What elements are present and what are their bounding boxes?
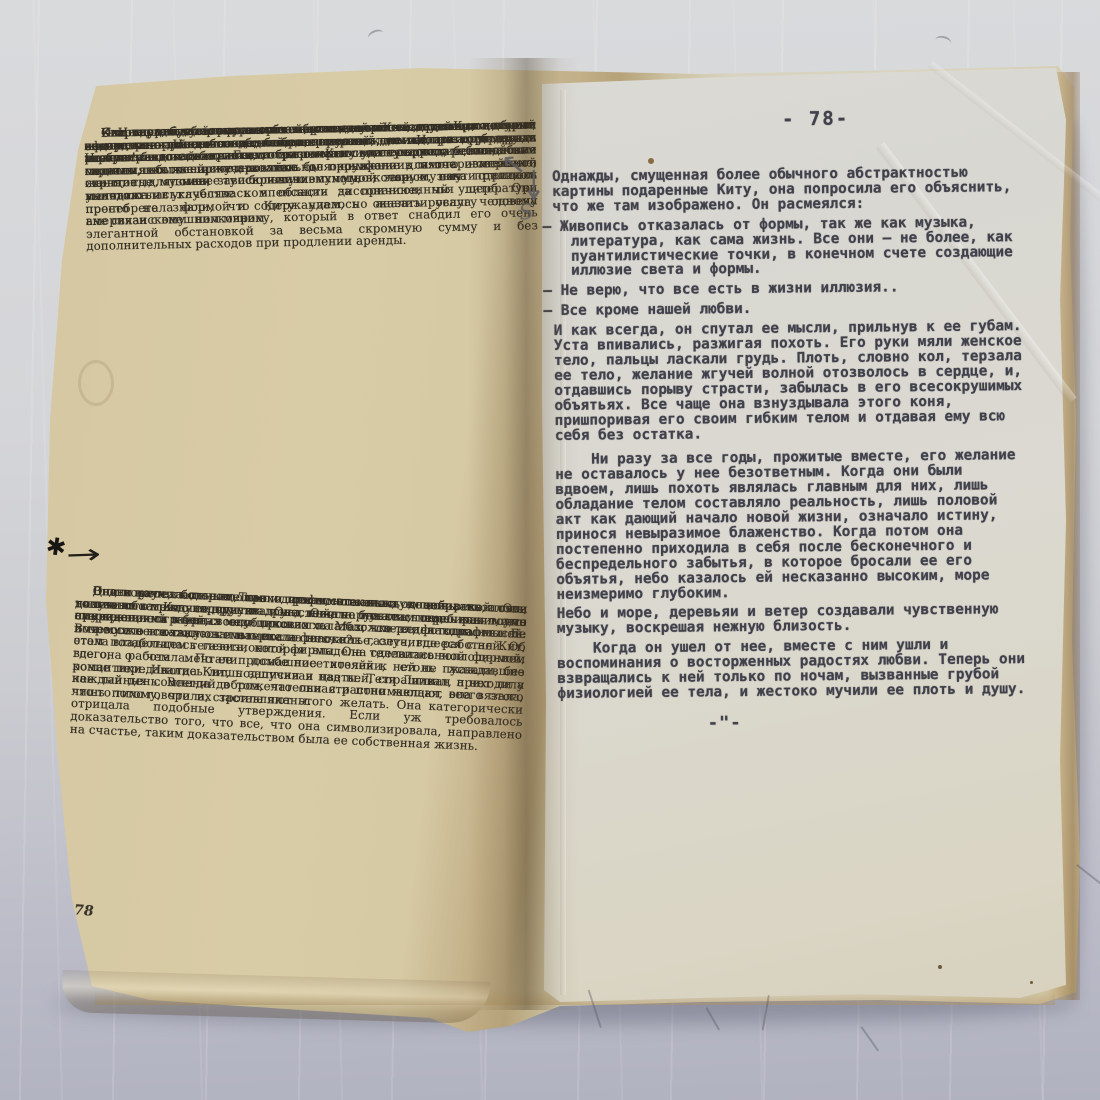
paper-speck <box>1030 981 1033 984</box>
paragraph: – Не верю, что все есть в жизни иллюзия.… <box>571 279 1027 299</box>
photo-open-book: — Не думай об этом, — сказал в тот вечер… <box>0 0 1100 1100</box>
paragraph: Ни разу за все годы, прожитые вместе, ег… <box>555 448 1031 602</box>
paragraph: – Все кроме нашей любви. <box>571 299 1027 319</box>
right-page-number: - 78- <box>782 108 850 131</box>
right-arrow-annotation-icon: → <box>65 539 103 571</box>
left-page-number: 78 <box>72 902 95 919</box>
paragraph: Когда он ушел от нее, вместе с ним ушли … <box>557 637 1032 702</box>
paragraph: Кит, с присущей ему энергией, всегда уме… <box>84 118 537 202</box>
paper-speck <box>648 158 654 164</box>
paragraph: Небо и море, деревьяи и ветер создавали … <box>557 602 1031 637</box>
paper-speck <box>938 965 942 969</box>
paragraph: Однажды, смущенная более обычного абстра… <box>552 165 1026 215</box>
paper-stain <box>78 360 114 406</box>
right-page-text: Однажды, смущенная более обычного абстра… <box>552 165 1032 733</box>
paragraph: – Живопись отказалась от формы, так же к… <box>571 215 1028 279</box>
paragraph: И как всегда, он спутал ее мысли, прильн… <box>554 319 1029 443</box>
